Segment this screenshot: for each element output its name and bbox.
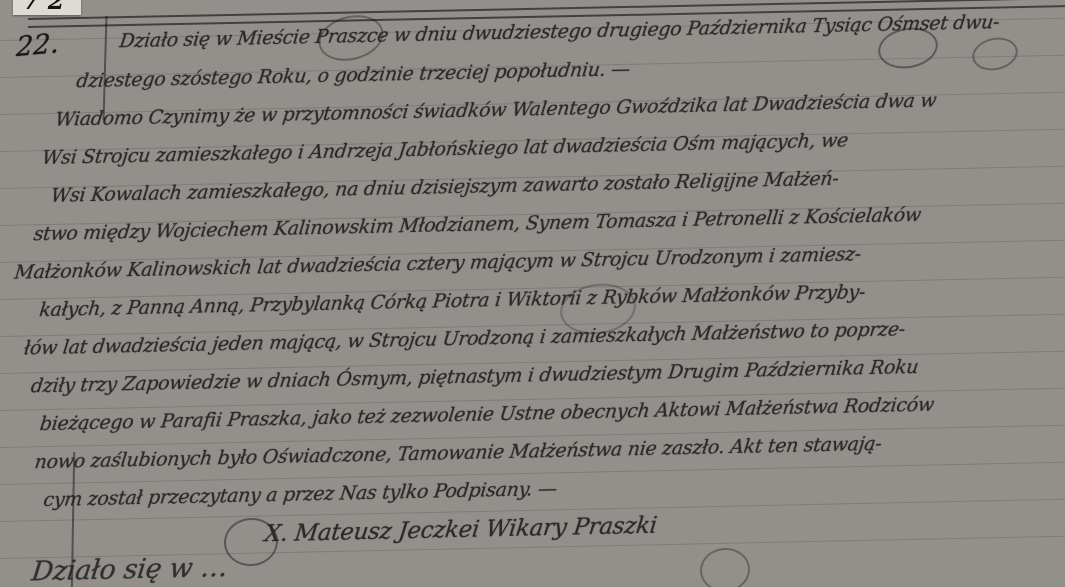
record-line: Małżonków Kalinowskich lat dwadzieścia c… bbox=[13, 243, 862, 284]
record-line: dziestego szóstego Roku, o godzinie trze… bbox=[75, 58, 631, 92]
record-line: Wiadomo Czynimy że w przytomności świadk… bbox=[54, 89, 938, 130]
record-line: Wsi Strojcu zamieszkałego i Andrzeja Jab… bbox=[41, 129, 849, 169]
record-line: stwo między Wojciechem Kalinowskim Młodz… bbox=[32, 204, 922, 245]
record-number: 22. bbox=[15, 28, 59, 63]
priest-signature: X. Mateusz Jeczkei Wikary Praszki bbox=[263, 513, 658, 548]
next-record-fragment: Działo się w … bbox=[30, 552, 229, 587]
record-line: nowo zaślubionych było Oświadczone, Tamo… bbox=[33, 433, 882, 474]
record-line: cym został przeczytany a przez Nas tylko… bbox=[42, 478, 558, 511]
record-line: Działo się w Mieście Praszce w dniu dwud… bbox=[118, 11, 1000, 52]
record-line: kałych, z Panną Anną, Przybylanką Córką … bbox=[38, 281, 866, 321]
handwriting-layer: 22. Działo się w Mieście Praszce w dniu … bbox=[0, 0, 1065, 587]
record-line: dziły trzy Zapowiedzie w dniach Ósmym, p… bbox=[30, 356, 920, 397]
record-line: bieżącego w Parafii Praszka, jako też ze… bbox=[39, 394, 936, 436]
record-line: łów lat dwadzieścia jeden mającą, w Stro… bbox=[23, 318, 906, 359]
register-page-photo: 72 22. Działo się w Mieście Praszce w dn… bbox=[0, 0, 1065, 587]
record-line: Wsi Kowalach zamieszkałego, na dniu dzis… bbox=[50, 168, 840, 207]
